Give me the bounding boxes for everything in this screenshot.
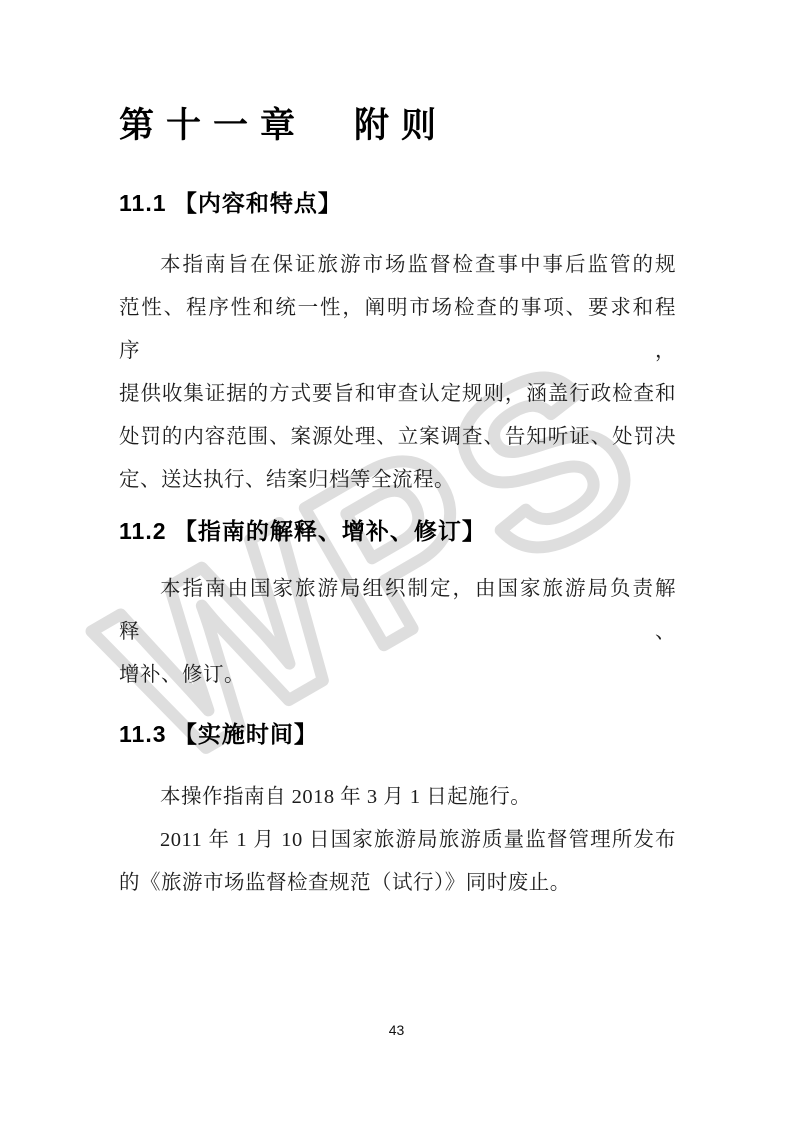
chapter-title: 第十一章 附则 xyxy=(119,103,676,149)
document-content: 第十一章 附则 11.1 【内容和特点】 本指南旨在保证旅游市场监督检查事中事后… xyxy=(119,0,676,905)
body-line: 本操作指南自 2018 年 3 月 1 日起施行。 xyxy=(119,776,676,819)
section-heading-11-2: 11.2 【指南的解释、增补、修订】 xyxy=(119,516,676,546)
body-line: 范性、程序性和统一性，阐明市场检查的事项、要求和程序， xyxy=(119,287,676,373)
body-line: 2011 年 1 月 10 日国家旅游局旅游质量监督管理所发布 xyxy=(119,819,676,862)
paragraph: 本指南旨在保证旅游市场监督检查事中事后监管的规 范性、程序性和统一性，阐明市场检… xyxy=(119,244,676,502)
document-page: WPS 第十一章 附则 11.1 【内容和特点】 本指南旨在保证旅游市场监督检查… xyxy=(0,0,793,1122)
body-line: 定、送达执行、结案归档等全流程。 xyxy=(119,459,676,502)
paragraph: 本操作指南自 2018 年 3 月 1 日起施行。 xyxy=(119,776,676,819)
body-line: 提供收集证据的方式要旨和审查认定规则，涵盖行政检查和 xyxy=(119,373,676,416)
body-line: 本指南旨在保证旅游市场监督检查事中事后监管的规 xyxy=(119,244,676,287)
body-line: 本指南由国家旅游局组织制定，由国家旅游局负责解释、 xyxy=(119,568,676,654)
paragraph: 本指南由国家旅游局组织制定，由国家旅游局负责解释、 增补、修订。 xyxy=(119,568,676,697)
paragraph: 2011 年 1 月 10 日国家旅游局旅游质量监督管理所发布 的《旅游市场监督… xyxy=(119,819,676,905)
page-number: 43 xyxy=(0,1022,793,1038)
body-line: 增补、修订。 xyxy=(119,654,676,697)
section-heading-11-1: 11.1 【内容和特点】 xyxy=(119,188,676,218)
section-heading-11-3: 11.3 【实施时间】 xyxy=(119,719,676,749)
body-line: 处罚的内容范围、案源处理、立案调查、告知听证、处罚决 xyxy=(119,416,676,459)
body-line: 的《旅游市场监督检查规范（试行）》同时废止。 xyxy=(119,862,676,905)
